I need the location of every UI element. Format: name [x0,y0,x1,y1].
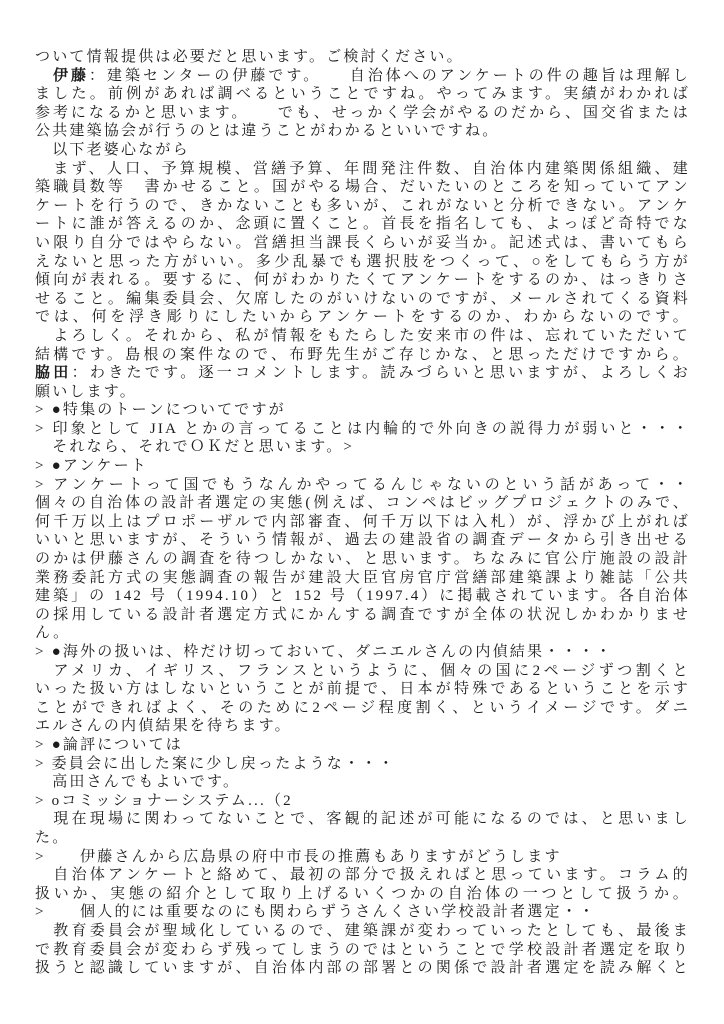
text-line: > 印象として JIA とかの言ってることは内輪的で外向きの説得力が弱いと・・・ [35,420,690,439]
text-line: 願いします。 [35,383,690,402]
text-line: 扱うと認識していますが、自治体内部の部署との関係で設計者選定を読み解くと [35,959,690,978]
text-line: 教育委員会が聖域化しているので、建築課が変わっていったとしても、最後ま [35,922,690,941]
text-line: よろしく。それから、私が情報をもたらした安来市の件は、忘れていただいて [35,327,690,346]
text-line: 高田さんでもよいです。 [35,773,690,792]
text-line: の採用している設計者選定方式にかんする調査ですが全体の状況しかわかりませ [35,606,690,625]
text-line: エルさんの内偵結果を待ちます。 [35,717,690,736]
text-line: 脇田：わきたです。逐一コメントします。読みづらいと思いますが、よろしくお [35,364,690,383]
text-line: 以下老婆心ながら [35,141,690,160]
text-line: 結構です。島根の案件なので、布野先生がご存じかな、と思っただけですから。 [35,346,690,365]
text-line: > 委員会に出した案に少し戻ったような・・・ [35,755,690,774]
text-line: > 個人的には重要なのにも関わらずうさんくさい学校設計者選定・・ [35,903,690,922]
text-line: 自治体アンケートと絡めて、最初の部分で扱えればと思っています。コラム的 [35,866,690,885]
text-line: では、何を浮き彫りにしたいからアンケートをするのか、わからないのです。 [35,308,690,327]
text-line: えないと思った方がいい。多少乱暴でも選択肢をつくって、○をしてもらう方が [35,253,690,272]
text-line: いいと思いますが、そういう情報が、過去の建設省の調査データから引き出せる [35,531,690,550]
text-line: 参考になるかと思います。 でも、せっかく学会がやるのだから、国交省または [35,104,690,123]
text-line: それなら、それでＯＫだと思います。> [35,438,690,457]
text-line: > アンケートって国でもうなんかやってるんじゃないのという話があって・・ [35,476,690,495]
text-line: 傾向が表れる。要するに、何がわかりたくてアンケートをするのか、はっきりさ [35,271,690,290]
text-line: > ●アンケート [35,457,690,476]
text-line: 個々の自治体の設計者選定の実態(例えば、コンペはビッグプロジェクトのみで、 [35,494,690,513]
text-line: せること。編集委員会、欠席したのがいけないのですが、メールされてくる資料 [35,290,690,309]
speaker-name: 脇田 [35,365,72,381]
text-line: で教育委員会が変わらず残ってしまうのではということで学校設計者選定を取り [35,941,690,960]
text-line: 伊藤：建築センターの伊藤です。 自治体へのアンケートの件の趣旨は理解し [35,67,690,86]
text-line: 扱いか、実態の紹介として取り上げるいくつかの自治体の一つとして扱うか。 [35,885,690,904]
text-line: いった扱い方はしないということが前提で、日本が特殊であるということを示す [35,680,690,699]
text-line: 建築」の 142 号（1994.10）と 152 号（1997.4）に掲載されて… [35,587,690,606]
text-line: 築職員数等 書かせること。国がやる場合、だいたいのところを知っていてアン [35,178,690,197]
text-line: ケートを行うので、きかないことも多いが、これがないと分析できない。アンケ [35,197,690,216]
text-line: > oコミッショナーシステム...（2 [35,792,690,811]
text-line: のかは伊藤さんの調査を待つしかない、と思います。ちなみに官公庁施設の設計 [35,550,690,569]
text-line: ートに誰が答えるのか、念頭に置くこと。首長を指名しても、よっぽど奇特でな [35,215,690,234]
text-line: > 伊藤さんから広島県の府中市長の推薦もありますがどうします [35,848,690,867]
speaker-name: 伊藤 [35,68,89,84]
text-line: ことができればよく、そのために2ページ程度割く、というイメージです。ダニ [35,699,690,718]
text-line: ん。 [35,624,690,643]
text-line: アメリカ、イギリス、フランスというように、個々の国に2ページずつ割くと [35,662,690,681]
text-line: い限り自分ではやらない。営繕担当課長くらいが妥当か。記述式は、書いてもら [35,234,690,253]
text-line: 公共建築協会が行うのとは違うことがわかるといいですね。 [35,122,690,141]
document-page: ついて情報提供は必要だと思います。ご検討ください。 伊藤：建築センターの伊藤です… [0,0,724,1024]
text-line: > ●論評については [35,736,690,755]
text-line: 何千万以上はプロポーザルで内部審査、何千万以下は入札）が、浮かび上がれば [35,513,690,532]
text-line: ました。前例があれば調べるということですね。やってみます。実績がわかれば [35,85,690,104]
text-line: 現在現場に関わってないことで、客観的記述が可能になるのでは、と思いまし [35,810,690,829]
text-line: 業務委託方式の実態調査の報告が建設大臣官房官庁営繕部建築課より雑誌「公共 [35,569,690,588]
text-line: > ●特集のトーンについてですが [35,401,690,420]
text-line: まず、人口、予算規模、営繕予算、年間発注件数、自治体内建築関係組織、建 [35,160,690,179]
document-body: ついて情報提供は必要だと思います。ご検討ください。 伊藤：建築センターの伊藤です… [35,48,690,978]
text-line: ついて情報提供は必要だと思います。ご検討ください。 [35,48,690,67]
text-line: た。 [35,829,690,848]
text-line: > ●海外の扱いは、枠だけ切っておいて、ダニエルさんの内偵結果・・・・ [35,643,690,662]
